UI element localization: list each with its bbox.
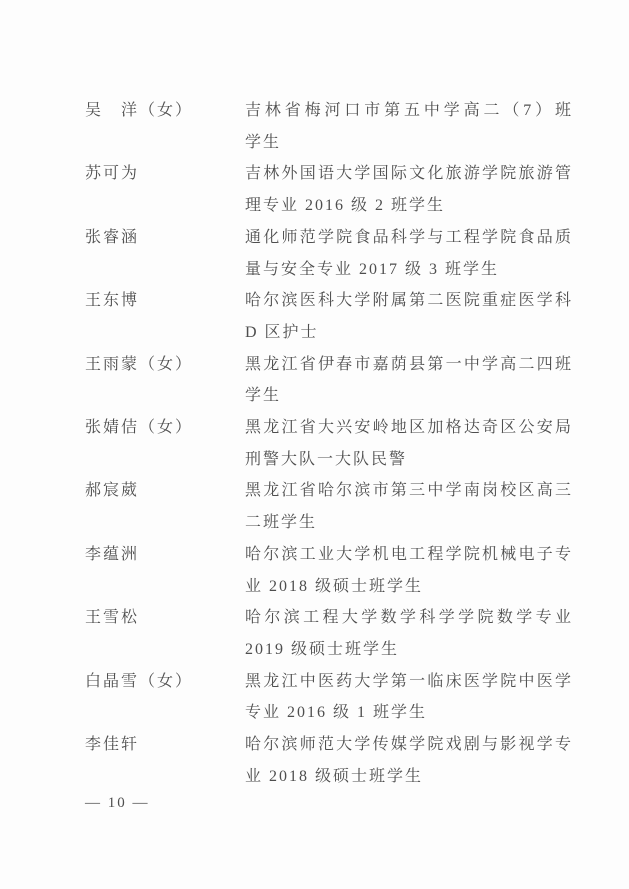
person-name: 郝宸葳 bbox=[85, 475, 245, 507]
page-number: — 10 — bbox=[85, 792, 150, 814]
list-item: 王雨蒙（女） 黑龙江省伊春市嘉荫县第一中学高二四班学生 bbox=[85, 349, 572, 412]
list-item: 苏可为 吉林外国语大学国际文化旅游学院旅游管理专业 2016 级 2 班学生 bbox=[85, 158, 572, 221]
document-page: 吴 洋（女） 吉林省梅河口市第五中学高二（7）班学生 苏可为 吉林外国语大学国际… bbox=[0, 0, 629, 889]
list-item: 张婧佶（女） 黑龙江省大兴安岭地区加格达奇区公安局刑警大队一大队民警 bbox=[85, 412, 572, 475]
person-name: 李蕴洲 bbox=[85, 539, 245, 571]
affiliation-line: 黑龙江中医药大学第一临床医学院中医学 bbox=[245, 666, 572, 698]
person-name: 王东博 bbox=[85, 285, 245, 317]
affiliation-line: 业 2018 级硕士班学生 bbox=[245, 761, 572, 793]
person-affiliation: 通化师范学院食品科学与工程学院食品质量与安全专业 2017 级 3 班学生 bbox=[245, 222, 572, 285]
affiliation-line: 哈尔滨医科大学附属第二医院重症医学科 bbox=[245, 285, 572, 317]
affiliation-line: 学生 bbox=[245, 380, 572, 412]
list-item: 白晶雪（女） 黑龙江中医药大学第一临床医学院中医学专业 2016 级 1 班学生 bbox=[85, 666, 572, 729]
list-item: 郝宸葳 黑龙江省哈尔滨市第三中学南岗校区高三二班学生 bbox=[85, 475, 572, 538]
list-item: 吴 洋（女） 吉林省梅河口市第五中学高二（7）班学生 bbox=[85, 95, 572, 158]
person-name: 王雪松 bbox=[85, 602, 245, 634]
person-affiliation: 哈尔滨医科大学附属第二医院重症医学科D 区护士 bbox=[245, 285, 572, 348]
affiliation-line: 哈尔滨师范大学传媒学院戏剧与影视学专 bbox=[245, 729, 572, 761]
person-affiliation: 黑龙江省伊春市嘉荫县第一中学高二四班学生 bbox=[245, 349, 572, 412]
affiliation-line: 二班学生 bbox=[245, 507, 572, 539]
person-name: 张睿涵 bbox=[85, 222, 245, 254]
affiliation-line: 吉林外国语大学国际文化旅游学院旅游管 bbox=[245, 158, 572, 190]
affiliation-line: 哈尔滨工业大学机电工程学院机械电子专 bbox=[245, 539, 572, 571]
person-affiliation: 吉林外国语大学国际文化旅游学院旅游管理专业 2016 级 2 班学生 bbox=[245, 158, 572, 221]
affiliation-line: 学生 bbox=[245, 127, 572, 159]
list-item: 李蕴洲 哈尔滨工业大学机电工程学院机械电子专业 2018 级硕士班学生 bbox=[85, 539, 572, 602]
affiliation-line: 通化师范学院食品科学与工程学院食品质 bbox=[245, 222, 572, 254]
list-item: 李佳轩 哈尔滨师范大学传媒学院戏剧与影视学专业 2018 级硕士班学生 bbox=[85, 729, 572, 792]
affiliation-line: 黑龙江省伊春市嘉荫县第一中学高二四班 bbox=[245, 349, 572, 381]
affiliation-line: 哈尔滨工程大学数学科学学院数学专业 bbox=[245, 602, 572, 634]
affiliation-line: 量与安全专业 2017 级 3 班学生 bbox=[245, 254, 572, 286]
person-affiliation: 哈尔滨工程大学数学科学学院数学专业2019 级硕士班学生 bbox=[245, 602, 572, 665]
affiliation-line: 黑龙江省哈尔滨市第三中学南岗校区高三 bbox=[245, 475, 572, 507]
affiliation-line: D 区护士 bbox=[245, 317, 572, 349]
list-item: 张睿涵 通化师范学院食品科学与工程学院食品质量与安全专业 2017 级 3 班学… bbox=[85, 222, 572, 285]
affiliation-line: 业 2018 级硕士班学生 bbox=[245, 571, 572, 603]
person-affiliation: 黑龙江省大兴安岭地区加格达奇区公安局刑警大队一大队民警 bbox=[245, 412, 572, 475]
person-name: 吴 洋（女） bbox=[85, 95, 245, 127]
person-name: 王雨蒙（女） bbox=[85, 349, 245, 381]
person-name: 白晶雪（女） bbox=[85, 666, 245, 698]
person-affiliation: 哈尔滨师范大学传媒学院戏剧与影视学专业 2018 级硕士班学生 bbox=[245, 729, 572, 792]
list-item: 王东博 哈尔滨医科大学附属第二医院重症医学科D 区护士 bbox=[85, 285, 572, 348]
recipient-list: 吴 洋（女） 吉林省梅河口市第五中学高二（7）班学生 苏可为 吉林外国语大学国际… bbox=[85, 95, 572, 792]
person-affiliation: 黑龙江省哈尔滨市第三中学南岗校区高三二班学生 bbox=[245, 475, 572, 538]
person-name: 苏可为 bbox=[85, 158, 245, 190]
affiliation-line: 专业 2016 级 1 班学生 bbox=[245, 697, 572, 729]
list-item: 王雪松 哈尔滨工程大学数学科学学院数学专业2019 级硕士班学生 bbox=[85, 602, 572, 665]
person-affiliation: 吉林省梅河口市第五中学高二（7）班学生 bbox=[245, 95, 572, 158]
person-affiliation: 哈尔滨工业大学机电工程学院机械电子专业 2018 级硕士班学生 bbox=[245, 539, 572, 602]
affiliation-line: 理专业 2016 级 2 班学生 bbox=[245, 190, 572, 222]
affiliation-line: 2019 级硕士班学生 bbox=[245, 634, 572, 666]
person-affiliation: 黑龙江中医药大学第一临床医学院中医学专业 2016 级 1 班学生 bbox=[245, 666, 572, 729]
person-name: 李佳轩 bbox=[85, 729, 245, 761]
affiliation-line: 黑龙江省大兴安岭地区加格达奇区公安局 bbox=[245, 412, 572, 444]
affiliation-line: 刑警大队一大队民警 bbox=[245, 444, 572, 476]
person-name: 张婧佶（女） bbox=[85, 412, 245, 444]
affiliation-line: 吉林省梅河口市第五中学高二（7）班 bbox=[245, 95, 572, 127]
